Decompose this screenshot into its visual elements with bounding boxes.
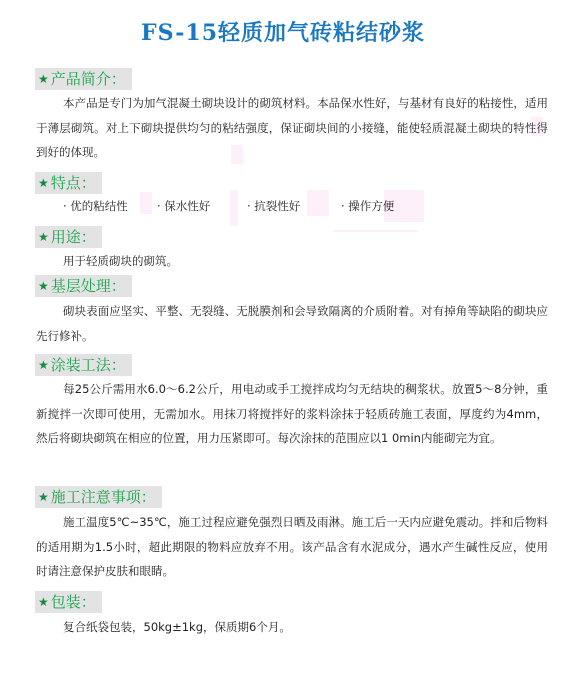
- section-heading-label: 特点：: [51, 174, 96, 192]
- substrate-text: 砌块表面应坚实、平整、无裂缝、无脱膜剂和会导致隔离的介质附着。对有掉角等缺陷的砌…: [36, 304, 548, 343]
- section-heading-label: 包装：: [51, 593, 96, 611]
- artifact-block: [333, 230, 418, 232]
- application-paragraph: 每25公斤需用水6.0～6.2公斤，用电动或手工搅拌成均匀无结块的稠浆状。放置5…: [36, 377, 548, 451]
- section-heading-label: 基层处理：: [51, 277, 126, 295]
- packaging-paragraph: 复合纸袋包装，50kg±1kg，保质期6个月。: [36, 615, 548, 640]
- section-heading-packaging: ★包装：: [35, 591, 102, 613]
- intro-text: 本产品是专门为加气混凝土砌块设计的砌筑材料。本品保水性好，与基材有良好的粘接性，…: [36, 96, 548, 159]
- packaging-text: 复合纸袋包装，50kg±1kg，保质期6个月。: [63, 620, 291, 634]
- feature-item: · 抗裂性好: [247, 196, 300, 216]
- section-heading-notes: ★施工注意事项：: [35, 486, 162, 508]
- notes-text: 施工温度5℃~35℃，施工过程应避免强烈日晒及雨淋。施工后一天内应避免震动。拌和…: [36, 515, 548, 578]
- intro-paragraph: 本产品是专门为加气混凝土砌块设计的砌筑材料。本品保水性好，与基材有良好的粘接性，…: [36, 91, 548, 165]
- section-heading-features: ★特点：: [35, 172, 102, 194]
- section-heading-substrate: ★基层处理：: [35, 275, 132, 297]
- star-icon: ★: [38, 176, 49, 190]
- section-heading-label: 产品简介：: [51, 70, 126, 88]
- star-icon: ★: [38, 279, 49, 293]
- page-title: FS-15轻质加气砖粘结砂浆: [0, 18, 566, 48]
- section-heading-label: 用途：: [51, 228, 96, 246]
- star-icon: ★: [38, 595, 49, 609]
- section-heading-usage: ★用途：: [35, 226, 102, 248]
- application-text: 每25公斤需用水6.0～6.2公斤，用电动或手工搅拌成均匀无结块的稠浆状。放置5…: [36, 382, 548, 445]
- feature-item: · 优的粘结性: [63, 196, 128, 216]
- artifact-block: [230, 190, 238, 226]
- substrate-paragraph: 砌块表面应坚实、平整、无裂缝、无脱膜剂和会导致隔离的介质附着。对有掉角等缺陷的砌…: [36, 299, 548, 348]
- feature-item: · 保水性好: [157, 196, 210, 216]
- artifact-block: [307, 190, 329, 216]
- star-icon: ★: [38, 230, 49, 244]
- star-icon: ★: [38, 490, 49, 504]
- product-spec-page: FS-15轻质加气砖粘结砂浆 ★产品简介： 本产品是专门为加气混凝土砌块设计的砌…: [0, 0, 566, 686]
- section-heading-label: 涂装工法：: [51, 356, 126, 374]
- star-icon: ★: [38, 358, 49, 372]
- notes-paragraph: 施工温度5℃~35℃，施工过程应避免强烈日晒及雨淋。施工后一天内应避免震动。拌和…: [36, 510, 548, 584]
- feature-item: · 操作方便: [341, 196, 394, 216]
- usage-text: 用于轻质砌块的砌筑。: [63, 254, 178, 268]
- section-heading-label: 施工注意事项：: [51, 488, 156, 506]
- star-icon: ★: [38, 72, 49, 86]
- section-heading-intro: ★产品简介：: [35, 68, 132, 90]
- artifact-block: [140, 192, 152, 214]
- usage-paragraph: 用于轻质砌块的砌筑。: [36, 249, 548, 274]
- section-heading-application: ★涂装工法：: [35, 354, 132, 376]
